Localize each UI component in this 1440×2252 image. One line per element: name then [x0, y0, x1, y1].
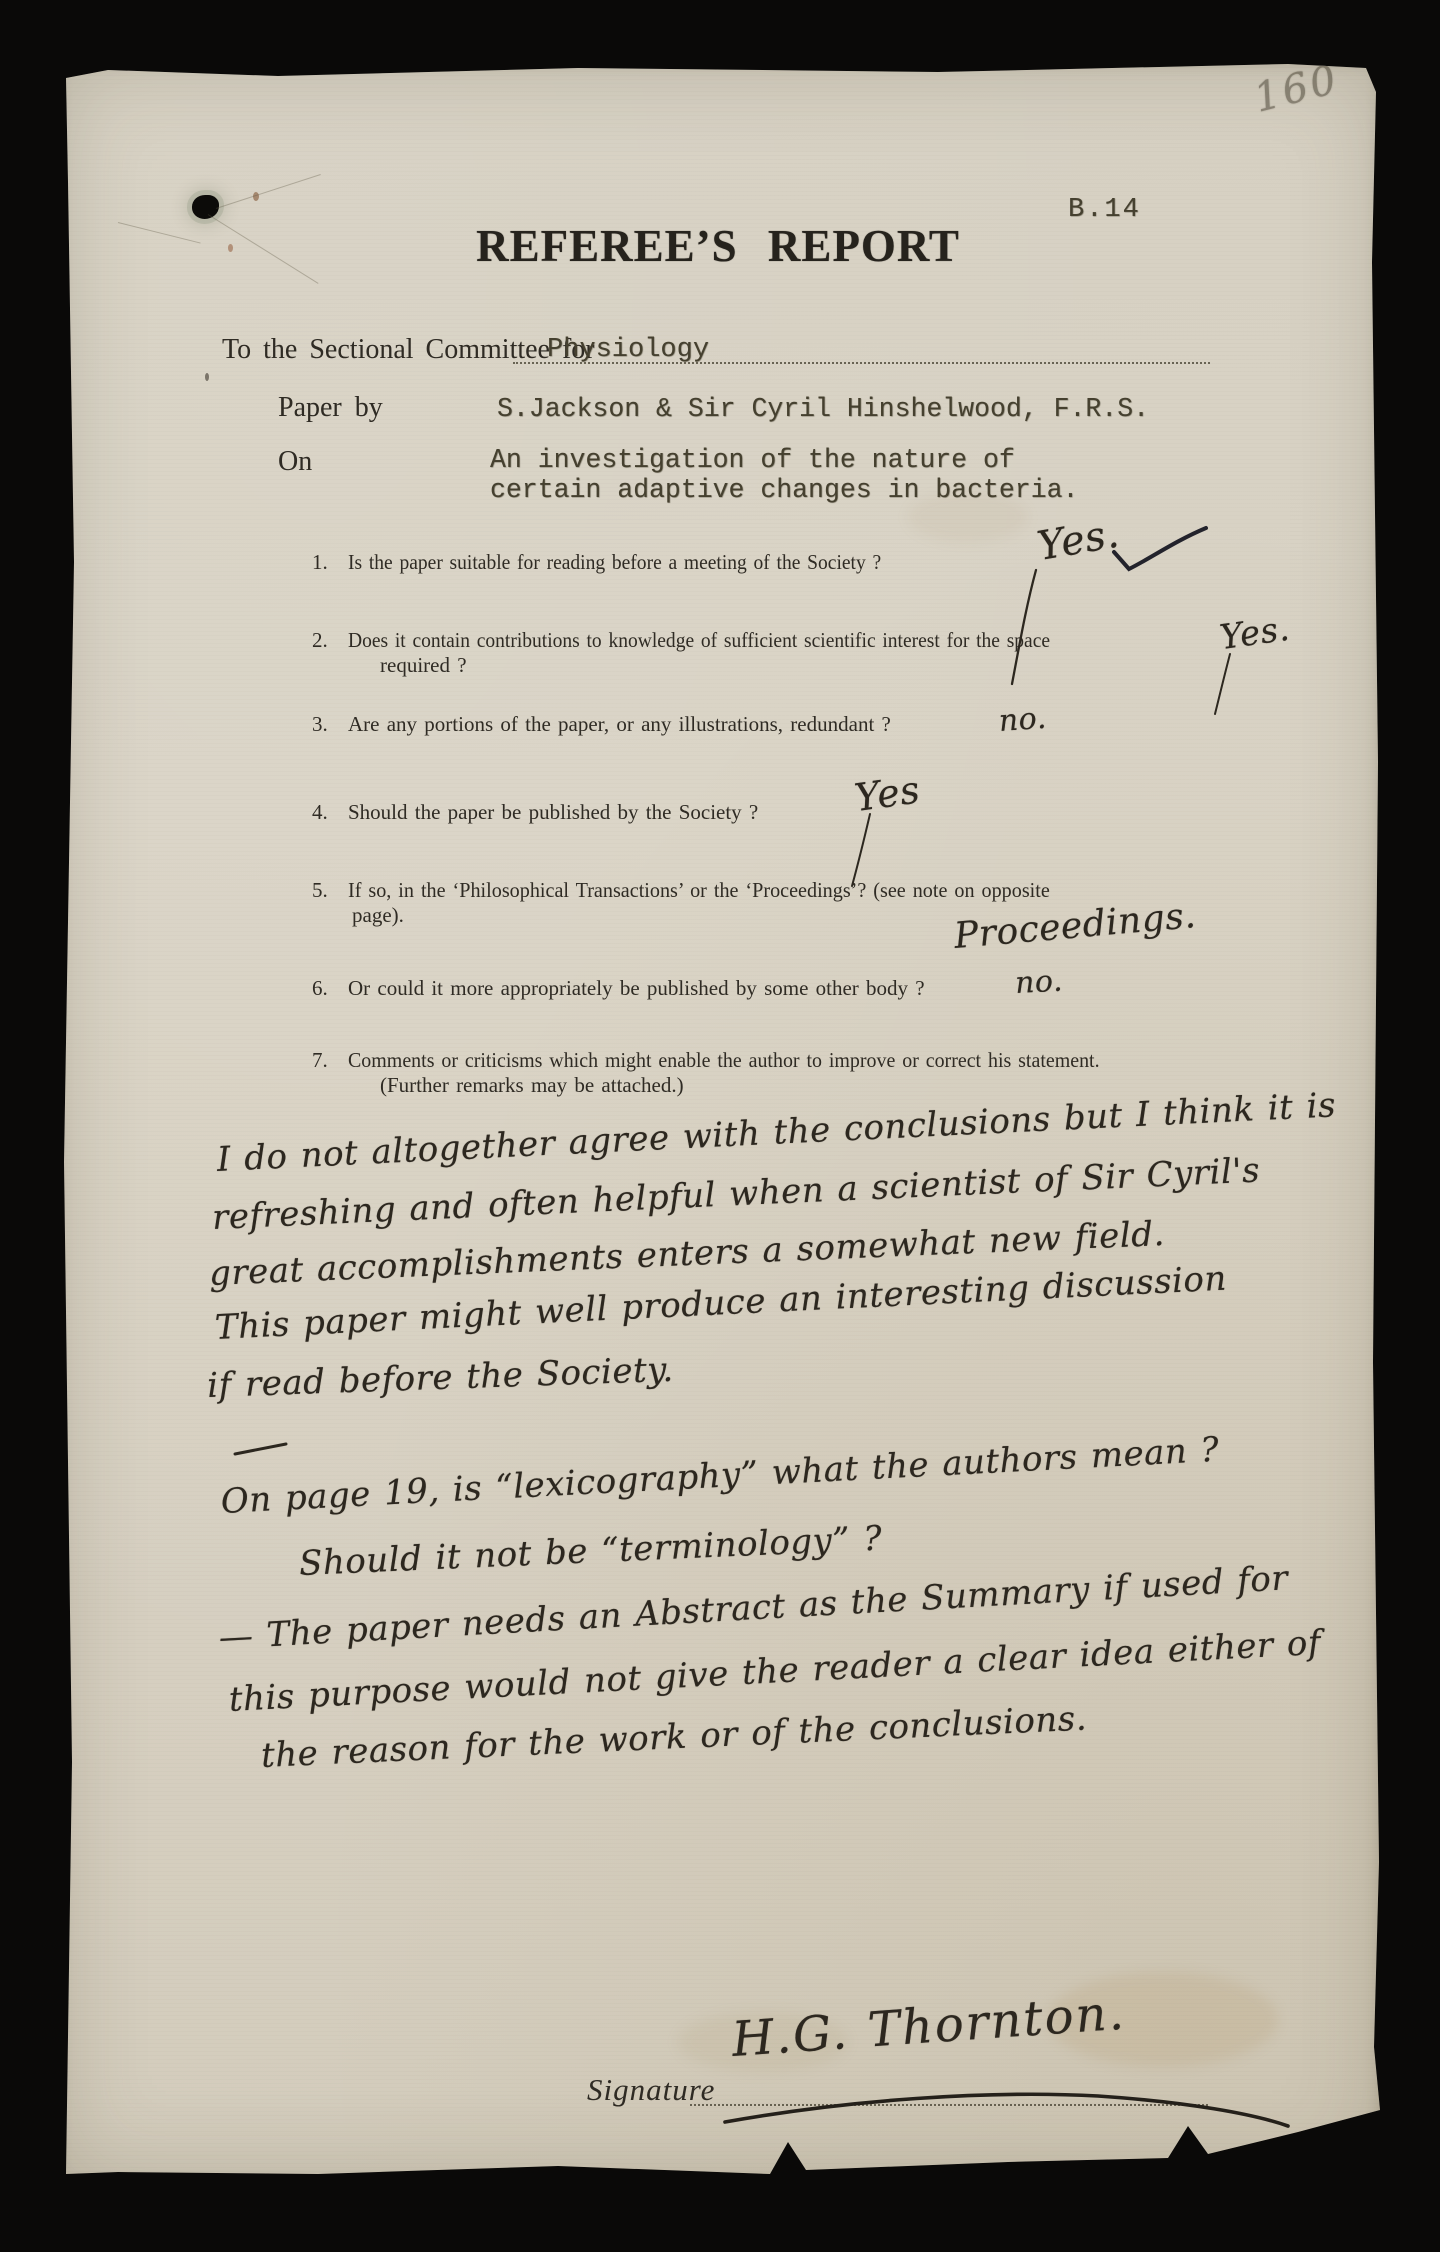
question-text: Is the paper suitable for reading before… — [348, 550, 881, 575]
question-number: 4. — [312, 800, 328, 825]
question-number: 6. — [312, 976, 328, 1001]
paper-sheet: 160 B.14 REFEREE’S REPORT To the Section… — [58, 62, 1380, 2184]
comment-line: On page 19, is “lexicography” what the a… — [220, 1430, 1220, 1522]
answer-q4-handwritten: Yes — [852, 767, 923, 820]
question-text: Comments or criticisms which might enabl… — [348, 1048, 1100, 1073]
question-text: Are any portions of the paper, or any il… — [348, 712, 891, 737]
checkmark-ink-stroke — [1114, 528, 1206, 569]
signature-dotted-line — [690, 2074, 1208, 2106]
answer-q4-descender-stroke — [852, 814, 870, 886]
question-text-line2: required ? — [380, 653, 1103, 678]
comment-line: Should it not be “terminology” ? — [298, 1519, 883, 1584]
subject-label: On — [278, 446, 312, 478]
answer-q1-handwritten: Yes. — [1034, 510, 1123, 570]
answer-q2-handwritten: Yes. — [1217, 609, 1292, 658]
question-number: 3. — [312, 712, 328, 737]
answer-q3-handwritten: no. — [998, 701, 1048, 739]
question-6: 6. Or could it more appropriately be pub… — [312, 976, 925, 1001]
question-number: 7. — [312, 1048, 328, 1073]
comment-line: if read before the Society. — [207, 1350, 675, 1406]
question-text-line2: (Further remarks may be attached.) — [380, 1073, 1139, 1098]
answer-q6-handwritten: no. — [1014, 964, 1064, 1001]
subject-title-line1-typed: An investigation of the nature of — [490, 445, 1015, 475]
paper-by-label: Paper by — [278, 392, 383, 424]
pencil-folio-number: 160 — [1250, 56, 1344, 121]
answer-q2-descender-stroke — [1215, 654, 1230, 714]
scanned-referee-report-page: { "colors":{"background":"#0a0908","pape… — [0, 0, 1440, 2252]
question-text: Does it contain contributions to knowled… — [348, 628, 1050, 653]
ink-speck — [205, 373, 209, 381]
comment-dash-stroke — [235, 1444, 286, 1454]
question-7: 7. Comments or criticisms which might en… — [312, 1048, 1139, 1098]
question-number: 1. — [312, 550, 328, 575]
question-3: 3. Are any portions of the paper, or any… — [312, 712, 891, 737]
paper-by-value-typed: S.Jackson & Sir Cyril Hinshelwood, F.R.S… — [497, 394, 1149, 424]
question-1: 1. Is the paper suitable for reading bef… — [312, 550, 921, 575]
form-reference-code: B.14 — [1068, 195, 1141, 225]
signature-handwritten: H.G. Thornton. — [730, 1985, 1127, 2068]
question-text: Or could it more appropriately be publis… — [348, 976, 925, 1001]
question-text: Should the paper be published by the Soc… — [348, 800, 758, 825]
paper-crease — [216, 174, 321, 209]
question-text: If so, in the ‘Philosophical Transaction… — [348, 878, 1050, 903]
paper-crease — [118, 222, 201, 244]
question-number: 5. — [312, 878, 328, 903]
committee-value-typed: Physiology — [547, 335, 709, 365]
question-2: 2. Does it contain contributions to know… — [312, 628, 1103, 678]
subject-title-line2-typed: certain adaptive changes in bacteria. — [490, 475, 1078, 505]
paper-crease — [208, 214, 319, 284]
question-number: 2. — [312, 628, 328, 653]
rust-spot — [228, 244, 233, 252]
question-4: 4. Should the paper be published by the … — [312, 800, 758, 825]
page-title: REFEREE’S REPORT — [438, 220, 998, 272]
